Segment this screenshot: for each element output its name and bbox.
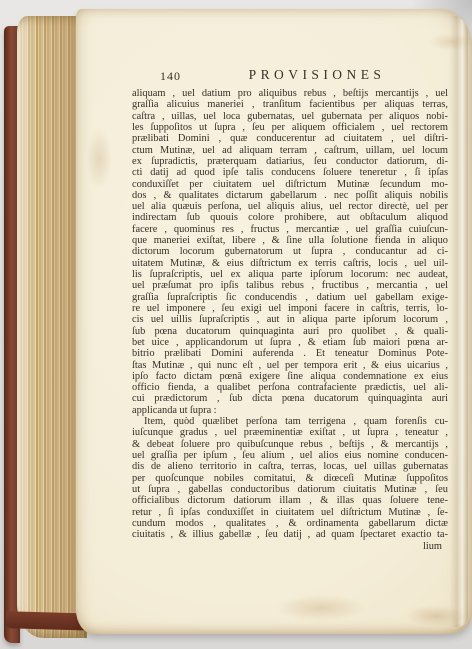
- text-line: Item, quòd quælibet perſona tam terrigen…: [132, 416, 448, 427]
- text-line: dos , & qualitates dictarum gabellarum .…: [132, 190, 448, 201]
- text-line: bitrio prælibati Domini auferenda . Et t…: [132, 348, 448, 359]
- text-line: per quoſcunque nobiles comitatui, & diœc…: [132, 473, 448, 484]
- text-line: graſſia alicuius maneriei , tranſitum fa…: [132, 99, 448, 110]
- page-stain: [406, 605, 466, 627]
- book-page: 140 PROVISIONES aliquam , uel datium pro…: [76, 9, 472, 634]
- text-line: cti datij ad quod ipſe talis conducens ſ…: [132, 167, 448, 178]
- text-line: aliquam , uel datium pro aliquibus rebus…: [132, 88, 448, 99]
- text-line: officialibus dictorum datiorum illam , &…: [132, 495, 448, 506]
- text-line: ctum Mutinæ, uel ad aliquam terram , caſ…: [132, 145, 448, 156]
- text-line: cundum modos , qualitates , & ordinament…: [132, 518, 448, 529]
- text-line: officio fienda, a qualibet perſona contr…: [132, 382, 448, 393]
- text-line: que maneriei exiſtat, libere , & ſine ul…: [132, 235, 448, 246]
- text-line: dictorum locorum gubernatorum ut ſupra ,…: [132, 246, 448, 257]
- text-line: conduxiſſet per ciuitatem uel diſtrictum…: [132, 179, 448, 190]
- text-line: caſtra , uillas, uel loca gubernatas, ue…: [132, 111, 448, 122]
- text-line: ex ſupradictis, præterquam datiarius, ſe…: [132, 156, 448, 167]
- catchword: lium: [132, 541, 448, 552]
- text-line: prælibati Domini , quæ conducerentur ad …: [132, 133, 448, 144]
- text-line: lis ſupraſcriptis, uel ex aliqua parte i…: [132, 269, 448, 280]
- photo-background: 140 PROVISIONES aliquam , uel datium pro…: [0, 0, 472, 649]
- text-line: applicanda ut ſupra :: [132, 405, 448, 416]
- page-gutter-crease: [450, 15, 468, 627]
- text-line: & debeat ſoluere pro quibuſcunque rebus …: [132, 439, 448, 450]
- text-line: iuſcunque gradus , uel præeminentiæ exiſ…: [132, 427, 448, 438]
- text-line: retur , ſi ipſas conduxiſſet in ciuitate…: [132, 507, 448, 518]
- text-line: dis de alieno territorio in caſtra, terr…: [132, 461, 448, 472]
- text-block: aliquam , uel datium pro aliquibus rebus…: [132, 88, 448, 552]
- text-line: ut ſupra , gabellas conductoribus datior…: [132, 484, 448, 495]
- page-stain: [276, 595, 366, 621]
- page-stain: [86, 129, 112, 189]
- text-line: ciuitatis , & illius gabellæ , ſeu datij…: [132, 529, 448, 540]
- page-stain: [428, 33, 472, 51]
- text-line: cis uel uillis ſupraſcriptis , aut in al…: [132, 314, 448, 325]
- text-line: facere , quominus res , fructus , mercan…: [132, 224, 448, 235]
- text-line: indirectam ſub quouis colore prohibere, …: [132, 212, 448, 223]
- text-line: les ſuppoſitos ut ſupra , ſeu per alique…: [132, 122, 448, 133]
- text-lines: aliquam , uel datium pro aliquibus rebus…: [132, 88, 448, 541]
- text-line: cui prædictorum , ſub dicta pœna ducator…: [132, 393, 448, 404]
- running-title: PROVISIONES: [132, 67, 448, 83]
- text-line: uel graſſia per ipſum , ſeu alium , uel …: [132, 450, 448, 461]
- text-line: re uel imponere , ſeu exigi uel imponi f…: [132, 303, 448, 314]
- page-header: 140 PROVISIONES: [132, 67, 448, 85]
- text-line: ipſo facto dictam pœnā exigere ſine aliq…: [132, 371, 448, 382]
- text-line: uitatem Mutinæ, & eius diſtrictum ex ter…: [132, 258, 448, 269]
- text-line: graſſia ſupraſcriptis ſic conducendis , …: [132, 292, 448, 303]
- text-line: uel præſumat pro ipſis talibus rebus , f…: [132, 280, 448, 291]
- text-line: ſub pœna ducatorum quinquaginta auri pro…: [132, 326, 448, 337]
- text-line: ſtas Mutinæ , qui nunc eſt , uel per tem…: [132, 360, 448, 371]
- text-line: uel alia quæuis perſona, uel aliquis ali…: [132, 201, 448, 212]
- text-line: bet uice , applicandorum ut ſupra , & et…: [132, 337, 448, 348]
